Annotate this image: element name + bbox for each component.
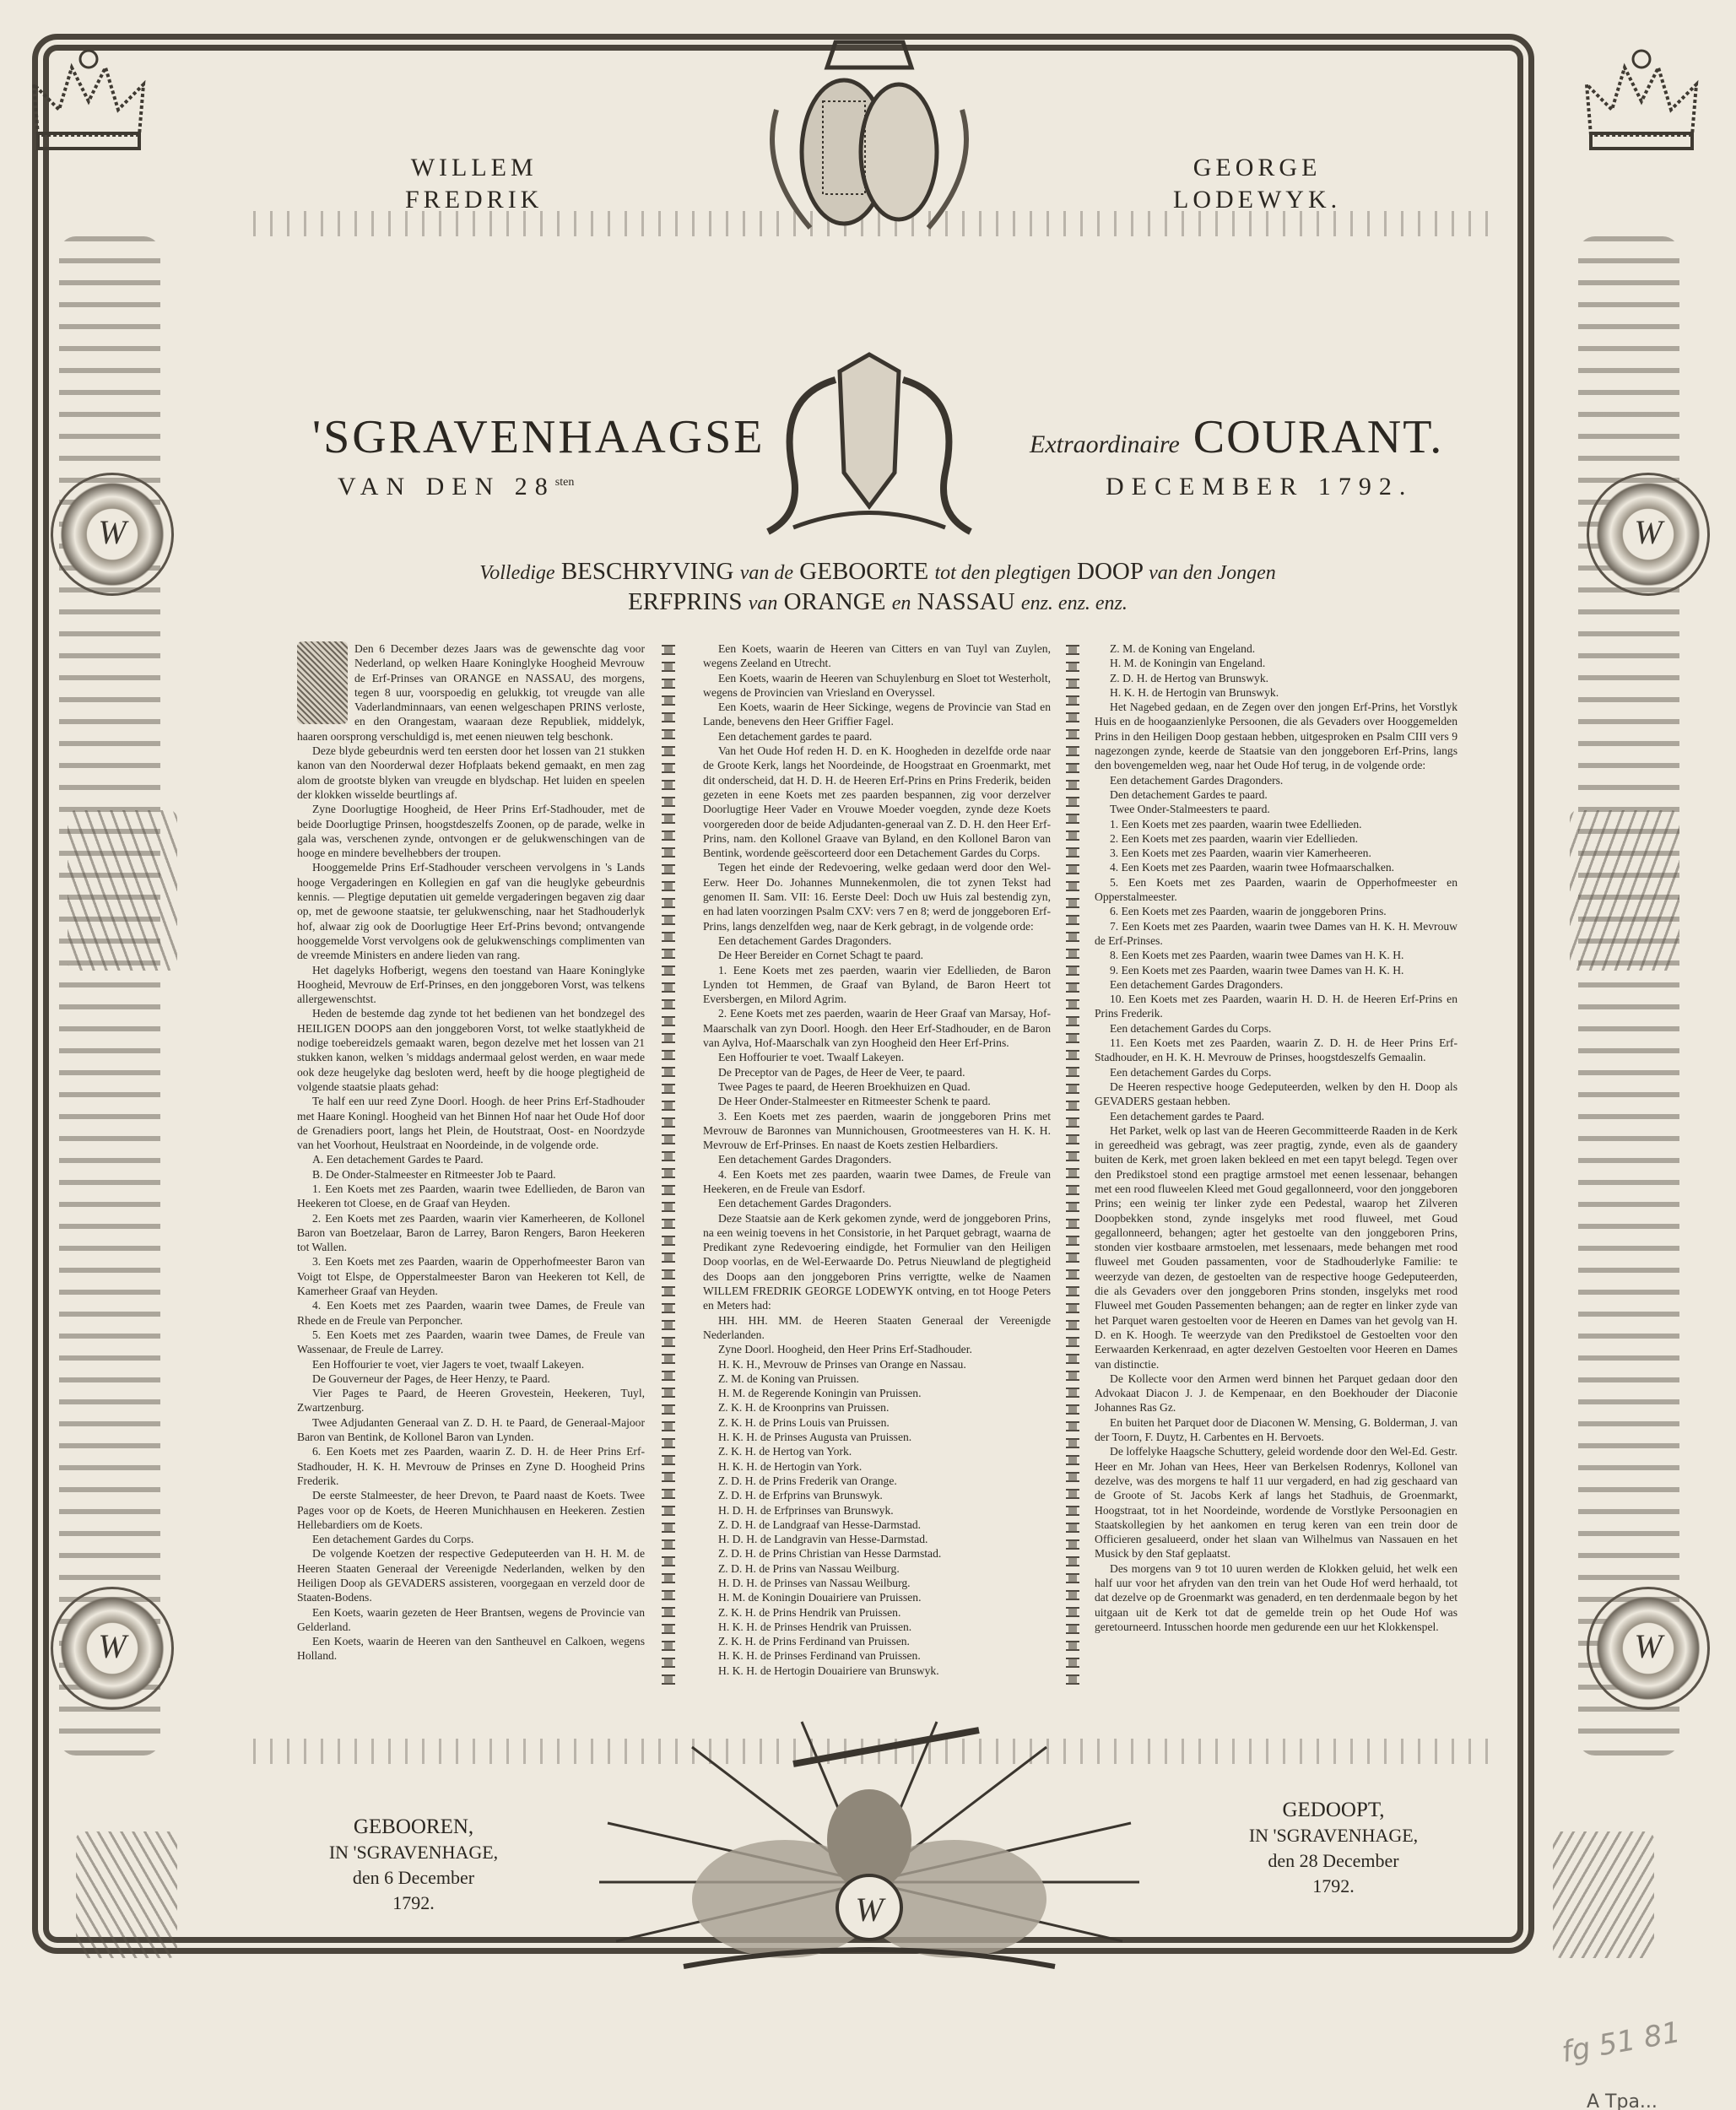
procession-item: Een Koets, waarin de Heeren van Schuylen… xyxy=(703,671,1051,701)
paragraph: Van het Oude Hof reden H. D. en K. Hoogh… xyxy=(703,744,1051,860)
godparent-item: H. D. H. de Prinses van Nassau Weilburg. xyxy=(703,1576,1051,1590)
procession-item: Een Hoffourier te voet, vier Jagers te v… xyxy=(297,1357,645,1371)
godparent-item: Z. D. H. de Erfprins van Brunswyk. xyxy=(703,1488,1051,1502)
godparent-item: H. D. H. de Landgravin van Hesse-Darmsta… xyxy=(703,1532,1051,1546)
procession-item: 6. Een Koets met zes Paarden, waarin Z. … xyxy=(297,1444,645,1488)
paragraph: Te half een uur reed Zyne Doorl. Hoogh. … xyxy=(297,1094,645,1152)
pencil-inventory-note: fg 51 81 xyxy=(1560,2015,1683,2069)
godparent-item: Z. K. H. de Prins Ferdinand van Pruissen… xyxy=(703,1634,1051,1648)
procession-item: Den detachement Gardes te paard. xyxy=(1095,787,1457,802)
procession-item: 4. Een Koets met zes paarden, waarin twe… xyxy=(703,1167,1051,1197)
godparent-item: HH. HH. MM. de Heeren Staaten Generaal d… xyxy=(703,1313,1051,1343)
godparent-item: H. K. H. de Prinses Ferdinand van Pruiss… xyxy=(703,1648,1051,1663)
procession-item: 4. Een Koets met zes Paarden, waarin twe… xyxy=(1095,860,1457,874)
procession-item: 2. Een Koets met zes Paarden, waarin vie… xyxy=(297,1211,645,1255)
coat-of-arms-icon xyxy=(743,34,996,245)
procession-item: Vier Pages te Paard, de Heeren Grovestei… xyxy=(297,1386,645,1415)
godparent-item: H. M. de Koningin Douairiere van Pruisse… xyxy=(703,1590,1051,1604)
birth-cartouche: GEBOOREN, IN 'SGRAVENHAGE, den 6 Decembe… xyxy=(312,1815,515,1916)
godparent-item: H. K. H. de Hertogin van York. xyxy=(703,1459,1051,1474)
procession-item: 3. Een Koets met zes Paarden, waarin de … xyxy=(297,1254,645,1298)
name-left: WILLEM FREDRIK xyxy=(405,152,543,216)
paragraph: Het Nagebed gedaan, en de Zegen over den… xyxy=(1095,700,1457,772)
procession-item: De Preceptor van de Pages, de Heer de Ve… xyxy=(703,1065,1051,1079)
procession-item: 7. Een Koets met zes Paarden, waarin twe… xyxy=(1095,919,1457,949)
article-column-2: Een Koets, waarin de Heeren van Citters … xyxy=(703,641,1051,1678)
paragraph: De loffelyke Haagsche Schuttery, geleid … xyxy=(1095,1444,1457,1561)
godparent-item: H. K. H. de Hertogin van Brunswyk. xyxy=(1095,685,1457,700)
headline-line2: ERFPRINS van ORANGE en NASSAU enz. enz. … xyxy=(287,587,1468,618)
godparent-item: Z. M. de Koning van Pruissen. xyxy=(703,1371,1051,1386)
procession-item: De Gouverneur der Pages, de Heer Henzy, … xyxy=(297,1371,645,1386)
godparent-item: H. M. de Regerende Koningin van Pruissen… xyxy=(703,1386,1051,1400)
crown-icon xyxy=(25,42,152,160)
procession-item: Een detachement Gardes Dragonders. xyxy=(703,1196,1051,1210)
procession-item: De eerste Stalmeester, de heer Drevon, t… xyxy=(297,1488,645,1532)
godparent-item: H. K. H. de Hertogin Douairiere van Brun… xyxy=(703,1664,1051,1678)
trophy-of-arms-icon xyxy=(76,1831,177,1958)
procession-item: 10. Een Koets met zes Paarden, waarin H.… xyxy=(1095,992,1457,1021)
procession-item: Een Koets, waarin de Heeren van Citters … xyxy=(703,641,1051,671)
procession-item: 2. Een Koets met zes paarden, waarin vie… xyxy=(1095,831,1457,846)
godparent-item: Zyne Doorl. Hoogheid, den Heer Prins Erf… xyxy=(703,1342,1051,1356)
title-right: Extraordinaire COURANT. DECEMBER 1792. xyxy=(1030,410,1443,501)
headline: Volledige BESCHRYVING van de GEBOORTE to… xyxy=(287,557,1468,618)
procession-item: De Heeren respective hooge Gedeputeerden… xyxy=(1095,1079,1457,1109)
paragraph: Zyne Doorlugtige Hoogheid, de Heer Prins… xyxy=(297,802,645,860)
godparent-item: Z. D. H. de Prins Frederik van Orange. xyxy=(703,1474,1051,1488)
procession-item: Een Koets, waarin de Heer Sickinge, wege… xyxy=(703,700,1051,729)
article-column-1: Den 6 December dezes Jaars was de gewens… xyxy=(297,641,645,1664)
godparent-item: H. D. H. de Erfprinses van Brunswyk. xyxy=(703,1503,1051,1518)
paragraph: Des morgens van 9 tot 10 uuren werden de… xyxy=(1095,1561,1457,1634)
procession-item: 9. Een Koets met zes Paarden, waarin twe… xyxy=(1095,963,1457,977)
procession-item: Een detachement Gardes Dragonders. xyxy=(1095,773,1457,787)
paragraph: Het dagelyks Hofberigt, wegens den toest… xyxy=(297,963,645,1007)
column-divider-chain xyxy=(662,641,675,1688)
godparent-item: Z. M. de Koning van Engeland. xyxy=(1095,641,1457,656)
baptism-cartouche: GEDOOPT, IN 'SGRAVENHAGE, den 28 Decembe… xyxy=(1232,1798,1435,1899)
godparent-item: Z. K. H. de Prins Hendrik van Pruissen. xyxy=(703,1605,1051,1620)
paragraph: De Kollecte voor den Armen werd binnen h… xyxy=(1095,1371,1457,1415)
paragraph: Deze blyde gebeurdnis werd ten eersten d… xyxy=(297,744,645,802)
procession-item: 1. Eene Koets met zes paerden, waarin vi… xyxy=(703,963,1051,1007)
godparent-item: H. K. H. de Prinses Augusta van Pruissen… xyxy=(703,1430,1051,1444)
godparent-item: Z. D. H. de Hertog van Brunswyk. xyxy=(1095,671,1457,685)
procession-item: Een detachement Gardes du Corps. xyxy=(1095,1065,1457,1079)
procession-item: 2. Eene Koets met zes paerden, waarin de… xyxy=(703,1006,1051,1050)
fame-angel-icon: W xyxy=(591,1713,1148,1983)
procession-item: 6. Een Koets met zes Paarden, waarin de … xyxy=(1095,904,1457,918)
newspaper-sheet: W W W W WILLEM FREDRIK GEORGE LODEWYK. '… xyxy=(0,0,1736,2110)
procession-item: 8. Een Koets met zes Paarden, waarin twe… xyxy=(1095,948,1457,962)
procession-item: 11. Een Koets met zes Paarden, waarin Z.… xyxy=(1095,1036,1457,1065)
procession-item: Een Koets, waarin gezeten de Heer Brants… xyxy=(297,1605,645,1635)
godparent-item: Z. K. H. de Prins Louis van Pruissen. xyxy=(703,1415,1051,1430)
paragraph: De volgende Koetzen der respective Gedep… xyxy=(297,1546,645,1604)
paragraph: Den 6 December dezes Jaars was de gewens… xyxy=(297,641,645,744)
godparent-item: Z. K. H. de Kroonprins van Pruissen. xyxy=(703,1400,1051,1415)
trophy-of-arms-icon xyxy=(1553,1831,1654,1958)
godparent-item: H. K. H. de Prinses Hendrik van Pruissen… xyxy=(703,1620,1051,1634)
trophy-of-arms-icon xyxy=(1570,810,1679,971)
procession-item: B. De Onder-Stalmeester en Ritmeester Jo… xyxy=(297,1167,645,1182)
procession-item: Een detachement Gardes Dragonders. xyxy=(703,1152,1051,1166)
lion-supporters-icon xyxy=(743,346,996,540)
procession-item: 1. Een Koets met zes Paarden, waarin twe… xyxy=(297,1182,645,1211)
procession-item: Een detachement gardes te paard. xyxy=(703,729,1051,744)
decorated-initial-icon xyxy=(297,641,348,724)
headline-line1: Volledige BESCHRYVING van de GEBOORTE to… xyxy=(287,557,1468,587)
paragraph: Deze Staatsie aan de Kerk gekomen zynde,… xyxy=(703,1211,1051,1313)
godparent-item: Z. K. H. de Hertog van York. xyxy=(703,1444,1051,1458)
procession-item: 3. Een Koets met zes Paarden, waarin vie… xyxy=(1095,846,1457,860)
godparent-item: Z. D. H. de Landgraaf van Hesse-Darmstad… xyxy=(703,1518,1051,1532)
left-border-ornaments xyxy=(59,236,160,1756)
procession-item: 5. Een Koets met zes Paarden, waarin de … xyxy=(1095,875,1457,905)
procession-item: Een Koets, waarin de Heeren van den Sant… xyxy=(297,1634,645,1664)
paragraph: En buiten het Parquet door de Diaconen W… xyxy=(1095,1415,1457,1445)
procession-item: Twee Onder-Stalmeesters te paard. xyxy=(1095,802,1457,816)
crown-icon xyxy=(1578,42,1705,160)
paragraph: Hooggemelde Prins Erf-Stadhouder versche… xyxy=(297,860,645,962)
newspaper-name: 'SGRAVENHAAGSE xyxy=(312,411,765,463)
paragraph: Het Parket, welk op last van de Heeren G… xyxy=(1095,1123,1457,1371)
procession-item: 5. Een Koets met zes Paarden, waarin twe… xyxy=(297,1328,645,1357)
paragraph: Tegen het einde der Redevoering, welke g… xyxy=(703,860,1051,933)
godparent-item: Z. D. H. de Prins van Nassau Weilburg. xyxy=(703,1561,1051,1576)
procession-item: Een detachement Gardes du Corps. xyxy=(297,1532,645,1546)
godparent-item: H. M. de Koningin van Engeland. xyxy=(1095,656,1457,670)
svg-text:W: W xyxy=(855,1891,886,1929)
newspaper-courant: COURANT. xyxy=(1193,411,1444,463)
bottom-label: A Tpa... xyxy=(1587,2091,1658,2110)
title-left: 'SGRAVENHAAGSE VAN DEN 28sten xyxy=(312,410,765,501)
procession-item: A. Een detachement Gardes te Paard. xyxy=(297,1152,645,1166)
procession-item: 1. Een Koets met zes paarden, waarin twe… xyxy=(1095,817,1457,831)
procession-item: Een detachement Gardes Dragonders. xyxy=(1095,977,1457,992)
procession-item: De Heer Onder-Stalmeester en Ritmeester … xyxy=(703,1094,1051,1108)
procession-item: Twee Adjudanten Generaal van Z. D. H. te… xyxy=(297,1415,645,1445)
procession-item: Een Hoffourier te voet. Twaalf Lakeyen. xyxy=(703,1050,1051,1064)
column-divider-chain xyxy=(1066,641,1079,1688)
wreath-medallion-icon: W xyxy=(51,1587,174,1710)
wreath-medallion-icon: W xyxy=(1587,1587,1710,1710)
right-border-ornaments xyxy=(1578,236,1679,1756)
procession-item: Een detachement Gardes du Corps. xyxy=(1095,1021,1457,1036)
name-right: GEORGE LODEWYK. xyxy=(1173,152,1341,216)
procession-item: Twee Pages te paard, de Heeren Broekhuiz… xyxy=(703,1079,1051,1094)
procession-item: 3. Een Koets met zes paerden, waarin de … xyxy=(703,1109,1051,1153)
procession-item: Een detachement Gardes Dragonders. xyxy=(703,933,1051,948)
trophy-of-arms-icon xyxy=(68,810,177,971)
procession-item: De Heer Bereider en Cornet Schagt te paa… xyxy=(703,948,1051,962)
date-right: DECEMBER 1792. xyxy=(1030,473,1443,501)
procession-item: Een detachement gardes te Paard. xyxy=(1095,1109,1457,1123)
paragraph: Heden de bestemde dag zynde tot het bedi… xyxy=(297,1006,645,1094)
godparent-item: H. K. H., Mevrouw de Prinses van Orange … xyxy=(703,1357,1051,1371)
procession-item: 4. Een Koets met zes Paarden, waarin twe… xyxy=(297,1298,645,1328)
date-left: VAN DEN 28sten xyxy=(312,473,765,501)
sunburst-medallion-icon: W xyxy=(51,473,174,596)
article-column-3: Z. M. de Koning van Engeland. H. M. de K… xyxy=(1095,641,1457,1634)
sunburst-medallion-icon: W xyxy=(1587,473,1710,596)
godparent-item: Z. D. H. de Prins Christian van Hesse Da… xyxy=(703,1546,1051,1561)
